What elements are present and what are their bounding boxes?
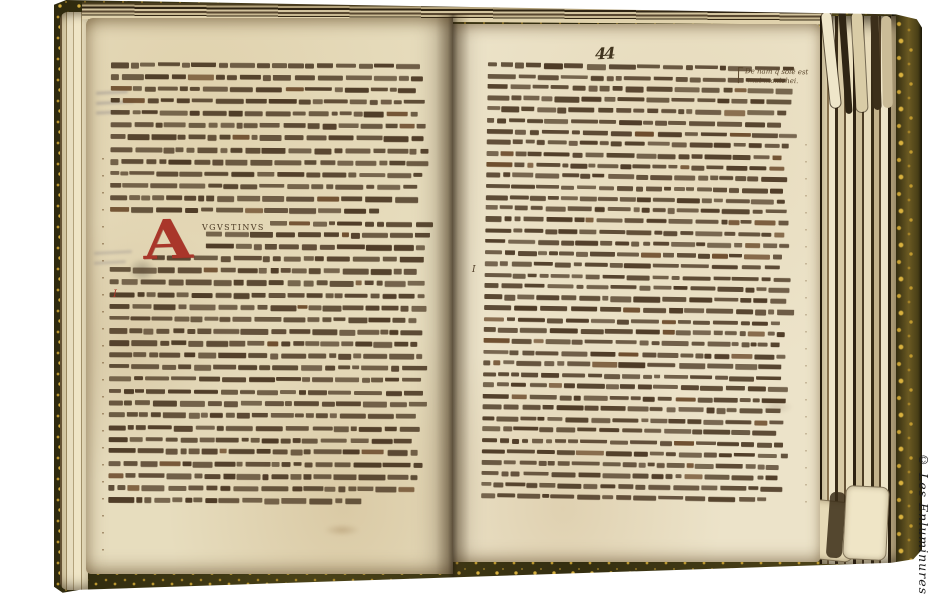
- manuscript-text-line: [484, 327, 796, 339]
- word-stroke: [680, 165, 689, 170]
- word-stroke: [658, 495, 683, 500]
- word-stroke: [664, 374, 689, 379]
- opening-capitals: VGVSTINVS: [202, 223, 265, 232]
- word-stroke: [141, 280, 166, 285]
- word-stroke: [725, 199, 749, 204]
- word-stroke: [385, 391, 401, 396]
- word-stroke: [715, 375, 728, 379]
- word-stroke: [320, 160, 336, 165]
- word-stroke: [626, 230, 652, 235]
- word-stroke: [382, 305, 399, 310]
- word-stroke: [357, 330, 379, 335]
- word-stroke: [514, 426, 538, 430]
- word-stroke: [585, 274, 599, 279]
- word-stroke: [676, 474, 682, 479]
- word-stroke: [757, 442, 772, 448]
- word-stroke: [678, 407, 703, 412]
- word-stroke: [604, 373, 620, 379]
- word-stroke: [270, 354, 279, 359]
- word-stroke: [680, 231, 693, 236]
- word-stroke: [503, 172, 511, 177]
- word-stroke: [697, 187, 711, 192]
- word-stroke: [550, 85, 569, 89]
- word-stroke: [303, 474, 312, 479]
- word-stroke: [338, 354, 352, 360]
- word-stroke: [109, 353, 132, 358]
- word-stroke: [652, 275, 669, 280]
- word-stroke: [486, 205, 498, 210]
- word-stroke: [630, 440, 657, 445]
- word-stroke: [208, 401, 222, 406]
- word-stroke: [203, 86, 228, 91]
- word-stroke: [647, 108, 658, 113]
- word-stroke: [205, 498, 217, 503]
- word-stroke: [674, 175, 696, 180]
- word-stroke: [413, 173, 422, 177]
- word-stroke: [313, 99, 323, 105]
- word-stroke: [511, 261, 531, 266]
- word-stroke: [240, 184, 258, 189]
- word-stroke: [613, 418, 639, 423]
- word-stroke: [412, 306, 427, 312]
- word-stroke: [121, 159, 143, 164]
- word-stroke: [679, 363, 705, 369]
- word-stroke: [108, 485, 114, 490]
- word-stroke: [127, 485, 139, 490]
- word-stroke: [597, 219, 623, 224]
- word-stroke: [602, 296, 608, 301]
- word-stroke: [497, 382, 509, 386]
- word-stroke: [580, 140, 597, 145]
- word-stroke: [156, 171, 178, 177]
- word-stroke: [337, 244, 365, 249]
- word-stroke: [134, 352, 147, 357]
- word-stroke: [284, 135, 303, 140]
- word-stroke: [748, 486, 758, 490]
- word-stroke: [556, 405, 583, 410]
- word-stroke: [646, 87, 672, 92]
- word-stroke: [590, 318, 614, 323]
- manuscript-text-line: [110, 195, 434, 204]
- word-stroke: [117, 485, 125, 490]
- word-stroke: [250, 160, 272, 166]
- word-stroke: [579, 229, 596, 234]
- word-stroke: [250, 232, 273, 238]
- word-stroke: [565, 417, 588, 422]
- word-stroke: [322, 317, 331, 322]
- word-stroke: [326, 293, 333, 298]
- word-stroke: [521, 416, 536, 420]
- word-stroke: [365, 280, 374, 285]
- word-stroke: [732, 430, 751, 435]
- word-stroke: [219, 498, 239, 503]
- word-stroke: [198, 196, 204, 201]
- word-stroke: [754, 420, 767, 426]
- word-stroke: [625, 141, 645, 146]
- word-stroke: [307, 123, 320, 129]
- word-stroke: [497, 118, 506, 124]
- word-stroke: [713, 320, 738, 325]
- word-stroke: [186, 280, 212, 285]
- word-stroke: [379, 161, 387, 166]
- word-stroke: [330, 413, 337, 418]
- word-stroke: [600, 86, 610, 91]
- word-stroke: [345, 87, 368, 93]
- word-stroke: [619, 484, 633, 489]
- word-stroke: [748, 331, 765, 336]
- word-stroke: [516, 361, 541, 366]
- word-stroke: [240, 390, 255, 395]
- word-stroke: [576, 252, 589, 257]
- manuscript-text-line: [111, 74, 433, 83]
- word-stroke: [572, 340, 583, 345]
- manuscript-text-line: [110, 159, 436, 168]
- word-stroke: [669, 308, 683, 314]
- word-stroke: [522, 439, 529, 444]
- word-stroke: [483, 382, 494, 387]
- word-stroke: [396, 413, 416, 419]
- word-stroke: [674, 87, 699, 92]
- word-stroke: [184, 196, 196, 201]
- word-stroke: [547, 318, 563, 323]
- word-stroke: [324, 99, 348, 104]
- manuscript-text-line: [481, 482, 792, 494]
- word-stroke: [599, 119, 616, 124]
- word-stroke: [108, 497, 134, 502]
- word-stroke: [662, 319, 676, 324]
- word-stroke: [408, 281, 426, 286]
- word-stroke: [272, 365, 298, 370]
- word-stroke: [655, 120, 667, 126]
- manuscript-text-line: [111, 86, 434, 95]
- word-stroke: [530, 383, 547, 388]
- margin-note: De nam q̃ solē est mat manichei.: [745, 67, 831, 87]
- word-stroke: [751, 99, 764, 105]
- word-stroke: [381, 330, 389, 335]
- word-stroke: [637, 197, 651, 202]
- word-stroke: [631, 396, 641, 401]
- word-stroke: [387, 450, 407, 455]
- word-stroke: [572, 461, 600, 466]
- manuscript-text-line: [483, 371, 797, 383]
- word-stroke: [622, 373, 640, 379]
- word-stroke: [135, 400, 150, 405]
- word-stroke: [548, 284, 574, 289]
- word-stroke: [298, 232, 321, 237]
- word-stroke: [366, 185, 375, 190]
- word-stroke: [252, 292, 266, 297]
- word-stroke: [221, 256, 232, 262]
- word-stroke: [348, 317, 367, 323]
- word-stroke: [146, 159, 156, 164]
- word-stroke: [584, 484, 598, 489]
- word-stroke: [524, 283, 544, 288]
- word-stroke: [767, 99, 792, 104]
- word-stroke: [110, 159, 118, 165]
- word-stroke: [285, 401, 291, 406]
- word-stroke: [572, 86, 585, 91]
- word-stroke: [740, 331, 746, 336]
- word-stroke: [484, 294, 502, 299]
- word-stroke: [416, 222, 433, 227]
- word-stroke: [610, 396, 628, 400]
- word-stroke: [197, 147, 217, 153]
- word-stroke: [609, 64, 636, 69]
- word-stroke: [485, 261, 498, 267]
- word-stroke: [141, 196, 150, 201]
- word-stroke: [111, 110, 130, 115]
- word-stroke: [276, 232, 295, 237]
- word-stroke: [235, 244, 252, 249]
- word-stroke: [292, 111, 305, 116]
- word-stroke: [748, 88, 773, 93]
- word-stroke: [358, 64, 372, 69]
- word-stroke: [304, 256, 313, 261]
- manuscript-text-line: [110, 171, 435, 180]
- word-stroke: [668, 121, 686, 126]
- word-stroke: [304, 450, 310, 455]
- word-stroke: [411, 111, 418, 116]
- word-stroke: [410, 342, 417, 347]
- word-stroke: [168, 486, 186, 491]
- pricking-holes: [102, 158, 104, 554]
- word-stroke: [339, 123, 359, 128]
- word-stroke: [348, 486, 356, 491]
- word-stroke: [704, 474, 729, 480]
- word-stroke: [224, 401, 237, 407]
- word-stroke: [309, 269, 321, 274]
- word-stroke: [777, 354, 785, 358]
- word-stroke: [545, 229, 557, 234]
- word-stroke: [536, 162, 560, 167]
- word-stroke: [308, 354, 327, 359]
- word-stroke: [623, 308, 640, 313]
- word-stroke: [538, 74, 559, 80]
- word-stroke: [191, 316, 202, 322]
- word-stroke: [189, 123, 206, 128]
- word-stroke: [585, 406, 599, 411]
- word-stroke: [532, 438, 543, 443]
- word-stroke: [368, 414, 394, 420]
- illuminated-initial-A: A: [142, 215, 193, 265]
- word-stroke: [108, 473, 123, 478]
- word-stroke: [213, 364, 235, 369]
- word-stroke: [577, 427, 596, 431]
- word-stroke: [352, 365, 359, 370]
- word-stroke: [731, 353, 752, 358]
- word-stroke: [679, 154, 689, 159]
- word-stroke: [322, 402, 335, 407]
- word-stroke: [598, 108, 614, 113]
- word-stroke: [781, 453, 788, 459]
- word-stroke: [700, 131, 727, 136]
- word-stroke: [729, 253, 742, 257]
- word-stroke: [504, 216, 511, 221]
- word-stroke: [389, 354, 414, 359]
- word-stroke: [390, 87, 396, 92]
- word-stroke: [194, 389, 218, 394]
- word-stroke: [225, 426, 252, 431]
- word-stroke: [502, 107, 520, 113]
- word-stroke: [485, 250, 502, 254]
- word-stroke: [130, 437, 143, 442]
- word-stroke: [179, 183, 206, 189]
- manuscript-text-line: [109, 304, 436, 313]
- manuscript-text-line: [109, 364, 435, 373]
- word-stroke: [162, 365, 176, 370]
- word-stroke: [189, 449, 200, 455]
- word-stroke: [313, 449, 341, 454]
- word-stroke: [572, 274, 583, 278]
- word-stroke: [206, 196, 215, 202]
- word-stroke: [696, 220, 719, 225]
- word-stroke: [591, 418, 611, 423]
- word-stroke: [238, 365, 257, 371]
- word-stroke: [713, 187, 727, 193]
- word-stroke: [600, 428, 620, 433]
- word-stroke: [714, 297, 739, 302]
- word-stroke: [270, 268, 279, 273]
- word-stroke: [192, 98, 213, 103]
- word-stroke: [503, 426, 512, 431]
- word-stroke: [246, 98, 266, 103]
- word-stroke: [693, 320, 710, 324]
- word-stroke: [532, 85, 549, 89]
- word-stroke: [487, 128, 513, 134]
- word-stroke: [257, 390, 278, 395]
- word-stroke: [400, 427, 420, 432]
- word-stroke: [714, 276, 731, 281]
- word-stroke: [618, 352, 639, 357]
- word-stroke: [282, 498, 306, 503]
- word-stroke: [595, 207, 605, 212]
- word-stroke: [652, 341, 660, 346]
- word-stroke: [371, 377, 384, 382]
- word-stroke: [257, 63, 270, 69]
- word-stroke: [696, 242, 705, 247]
- paragraph-mark: I: [472, 266, 476, 275]
- word-stroke: [272, 462, 280, 467]
- word-stroke: [132, 110, 140, 115]
- word-stroke: [745, 464, 755, 469]
- word-stroke: [189, 304, 215, 310]
- word-stroke: [165, 437, 178, 442]
- word-stroke: [393, 318, 406, 324]
- word-stroke: [642, 397, 654, 402]
- word-stroke: [219, 63, 228, 68]
- word-stroke: [164, 122, 186, 127]
- word-stroke: [370, 269, 392, 275]
- word-stroke: [590, 251, 616, 257]
- word-stroke: [110, 183, 121, 188]
- word-stroke: [226, 75, 236, 80]
- word-stroke: [485, 228, 511, 233]
- word-stroke: [345, 148, 371, 153]
- word-stroke: [543, 493, 549, 498]
- word-stroke: [271, 412, 294, 417]
- word-stroke: [642, 352, 656, 358]
- word-stroke: [206, 244, 234, 249]
- word-stroke: [690, 286, 715, 291]
- word-stroke: [604, 97, 615, 102]
- word-stroke: [642, 418, 649, 423]
- word-stroke: [314, 148, 331, 154]
- page-stack-left-edge: [60, 12, 88, 590]
- word-stroke: [616, 340, 637, 345]
- word-stroke: [706, 165, 723, 170]
- word-stroke: [649, 485, 670, 491]
- word-stroke: [754, 220, 775, 225]
- word-stroke: [138, 292, 145, 297]
- word-stroke: [650, 418, 667, 424]
- word-stroke: [168, 389, 191, 394]
- word-stroke: [420, 149, 428, 154]
- word-stroke: [415, 233, 430, 238]
- word-stroke: [234, 255, 262, 261]
- word-stroke: [564, 63, 583, 68]
- word-stroke: [285, 87, 303, 92]
- word-stroke: [194, 498, 202, 503]
- word-stroke: [701, 209, 720, 214]
- word-stroke: [585, 262, 607, 267]
- word-stroke: [403, 184, 417, 189]
- word-stroke: [622, 428, 642, 433]
- word-stroke: [756, 286, 766, 291]
- word-stroke: [410, 450, 417, 456]
- word-stroke: [533, 339, 543, 343]
- word-stroke: [632, 473, 649, 478]
- word-stroke: [236, 412, 250, 418]
- word-stroke: [336, 498, 343, 503]
- word-stroke: [506, 482, 525, 487]
- word-stroke: [542, 129, 568, 134]
- word-stroke: [111, 62, 129, 68]
- manuscript-text-line: [108, 485, 432, 494]
- word-stroke: [737, 309, 753, 314]
- word-stroke: [578, 472, 601, 478]
- word-stroke: [395, 342, 409, 347]
- word-stroke: [194, 365, 211, 371]
- word-stroke: [294, 341, 304, 346]
- word-stroke: [606, 76, 613, 81]
- word-stroke: [676, 76, 688, 81]
- word-stroke: [681, 385, 699, 391]
- word-stroke: [561, 351, 588, 356]
- word-stroke: [307, 317, 319, 322]
- word-stroke: [681, 263, 708, 268]
- word-stroke: [753, 298, 767, 303]
- word-stroke: [522, 372, 539, 377]
- word-stroke: [600, 307, 621, 312]
- word-stroke: [269, 98, 297, 104]
- word-stroke: [199, 353, 216, 359]
- word-stroke: [201, 208, 213, 212]
- word-stroke: [487, 106, 500, 110]
- word-stroke: [308, 390, 326, 396]
- word-stroke: [292, 486, 302, 491]
- word-stroke: [527, 119, 543, 123]
- word-stroke: [187, 148, 195, 153]
- word-stroke: [188, 74, 214, 80]
- word-stroke: [628, 407, 649, 413]
- word-stroke: [373, 342, 392, 348]
- word-stroke: [776, 199, 785, 204]
- word-stroke: [634, 451, 648, 456]
- word-stroke: [695, 110, 721, 116]
- word-stroke: [514, 228, 523, 233]
- word-stroke: [768, 387, 788, 392]
- word-stroke: [575, 240, 598, 246]
